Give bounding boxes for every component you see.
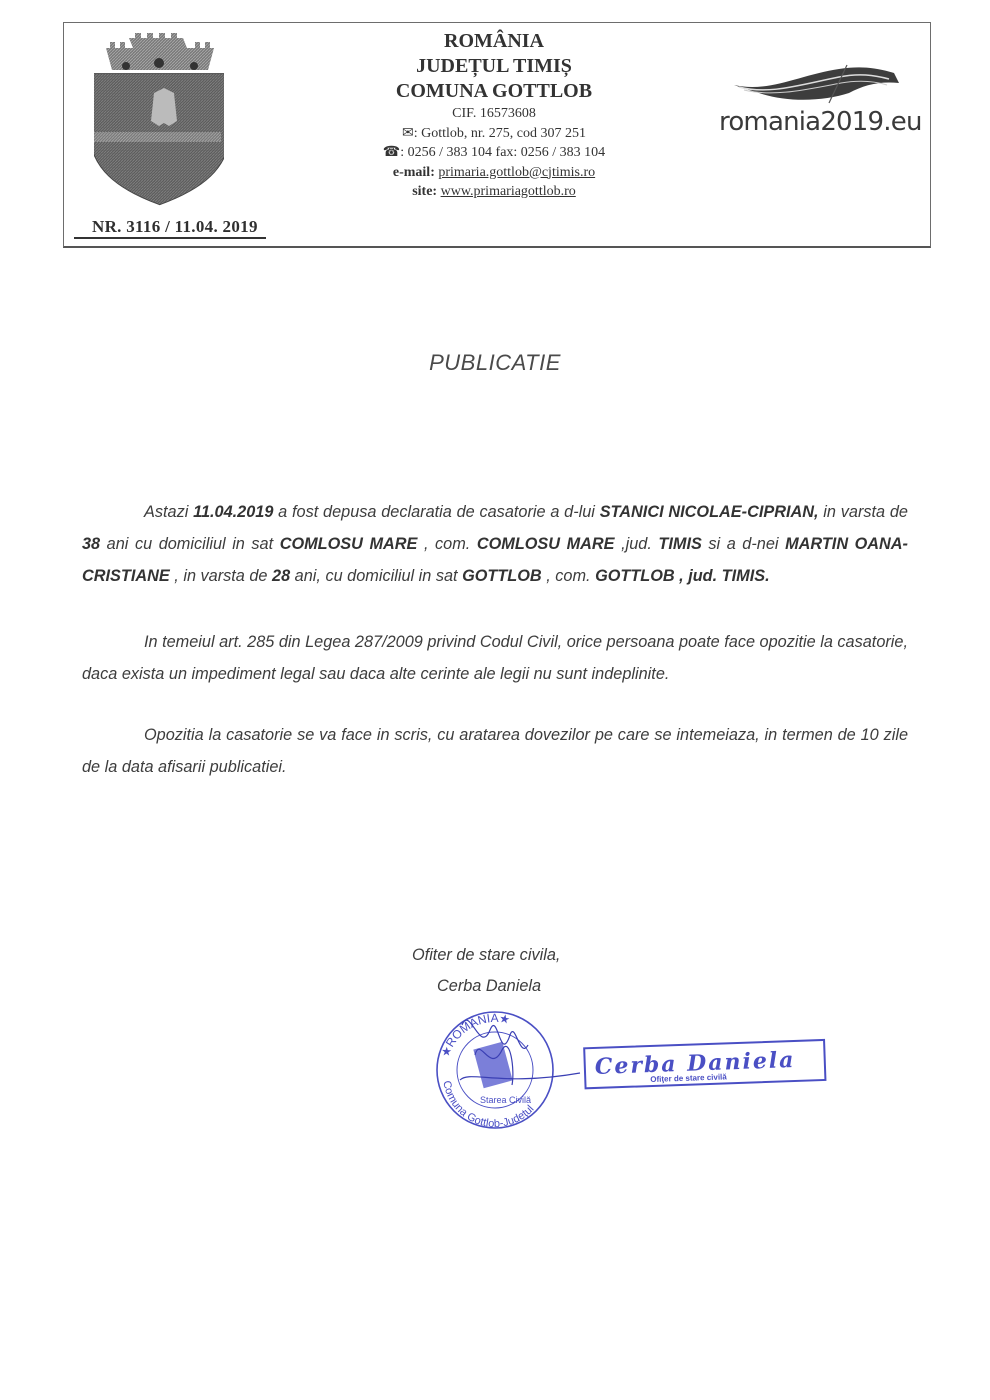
paragraph-legal-basis: In temeiul art. 285 din Legea 287/2009 p… (82, 626, 908, 690)
svg-text:Ofiţer de stare civilă: Ofiţer de stare civilă (650, 1072, 727, 1084)
telephone-icon: ☎ (383, 145, 400, 160)
institution-header: ROMÂNIA JUDEȚUL TIMIȘ COMUNA GOTTLOB CIF… (354, 29, 634, 202)
county-name: JUDEȚUL TIMIȘ (354, 54, 634, 79)
cif: CIF. 16573608 (354, 104, 634, 124)
address: ✉: Gottlob, nr. 275, cod 307 251 (354, 124, 634, 144)
registration-number: NR. 3116 / 11.04. 2019 (74, 217, 266, 239)
email-link[interactable]: primaria.gottlob@cjtimis.ro (438, 165, 595, 180)
letterhead: NR. 3116 / 11.04. 2019 ROMÂNIA JUDEȚUL T… (63, 22, 931, 248)
waves-logo-icon (729, 63, 909, 105)
paragraph-opposition: Opozitia la casatorie se va face in scri… (82, 719, 908, 783)
signature-role: Ofiter de stare civila, (412, 946, 560, 965)
coat-of-arms-icon (94, 28, 224, 208)
phone-fax: ☎: 0256 / 383 104 fax: 0256 / 383 104 (354, 143, 634, 163)
commune-name: COMUNA GOTTLOB (354, 79, 634, 104)
paragraph-declaration: Astazi 11.04.2019 a fost depusa declarat… (82, 496, 908, 592)
document-title: PUBLICATIE (0, 350, 990, 376)
site-link[interactable]: www.primariagottlob.ro (441, 184, 576, 199)
site-line: site: www.primariagottlob.ro (354, 182, 634, 202)
romania2019-logo: romania2019.eu (719, 63, 929, 137)
svg-text:Starea Civilă: Starea Civilă (480, 1095, 531, 1105)
signature-name: Cerba Daniela (437, 977, 541, 996)
name-stamp: Cerba Daniela Ofiţer de stare civilă (584, 1040, 825, 1088)
official-seal-and-stamp: ★ROMÂNIA★ Comuna Gottlob-Județul Starea … (420, 995, 840, 1145)
email-line: e-mail: primaria.gottlob@cjtimis.ro (354, 163, 634, 183)
round-seal-icon: ★ROMÂNIA★ Comuna Gottlob-Județul Starea … (437, 1011, 580, 1130)
country-name: ROMÂNIA (354, 29, 634, 54)
logo-text: romania2019.eu (719, 107, 929, 137)
envelope-icon: ✉ (402, 126, 414, 141)
